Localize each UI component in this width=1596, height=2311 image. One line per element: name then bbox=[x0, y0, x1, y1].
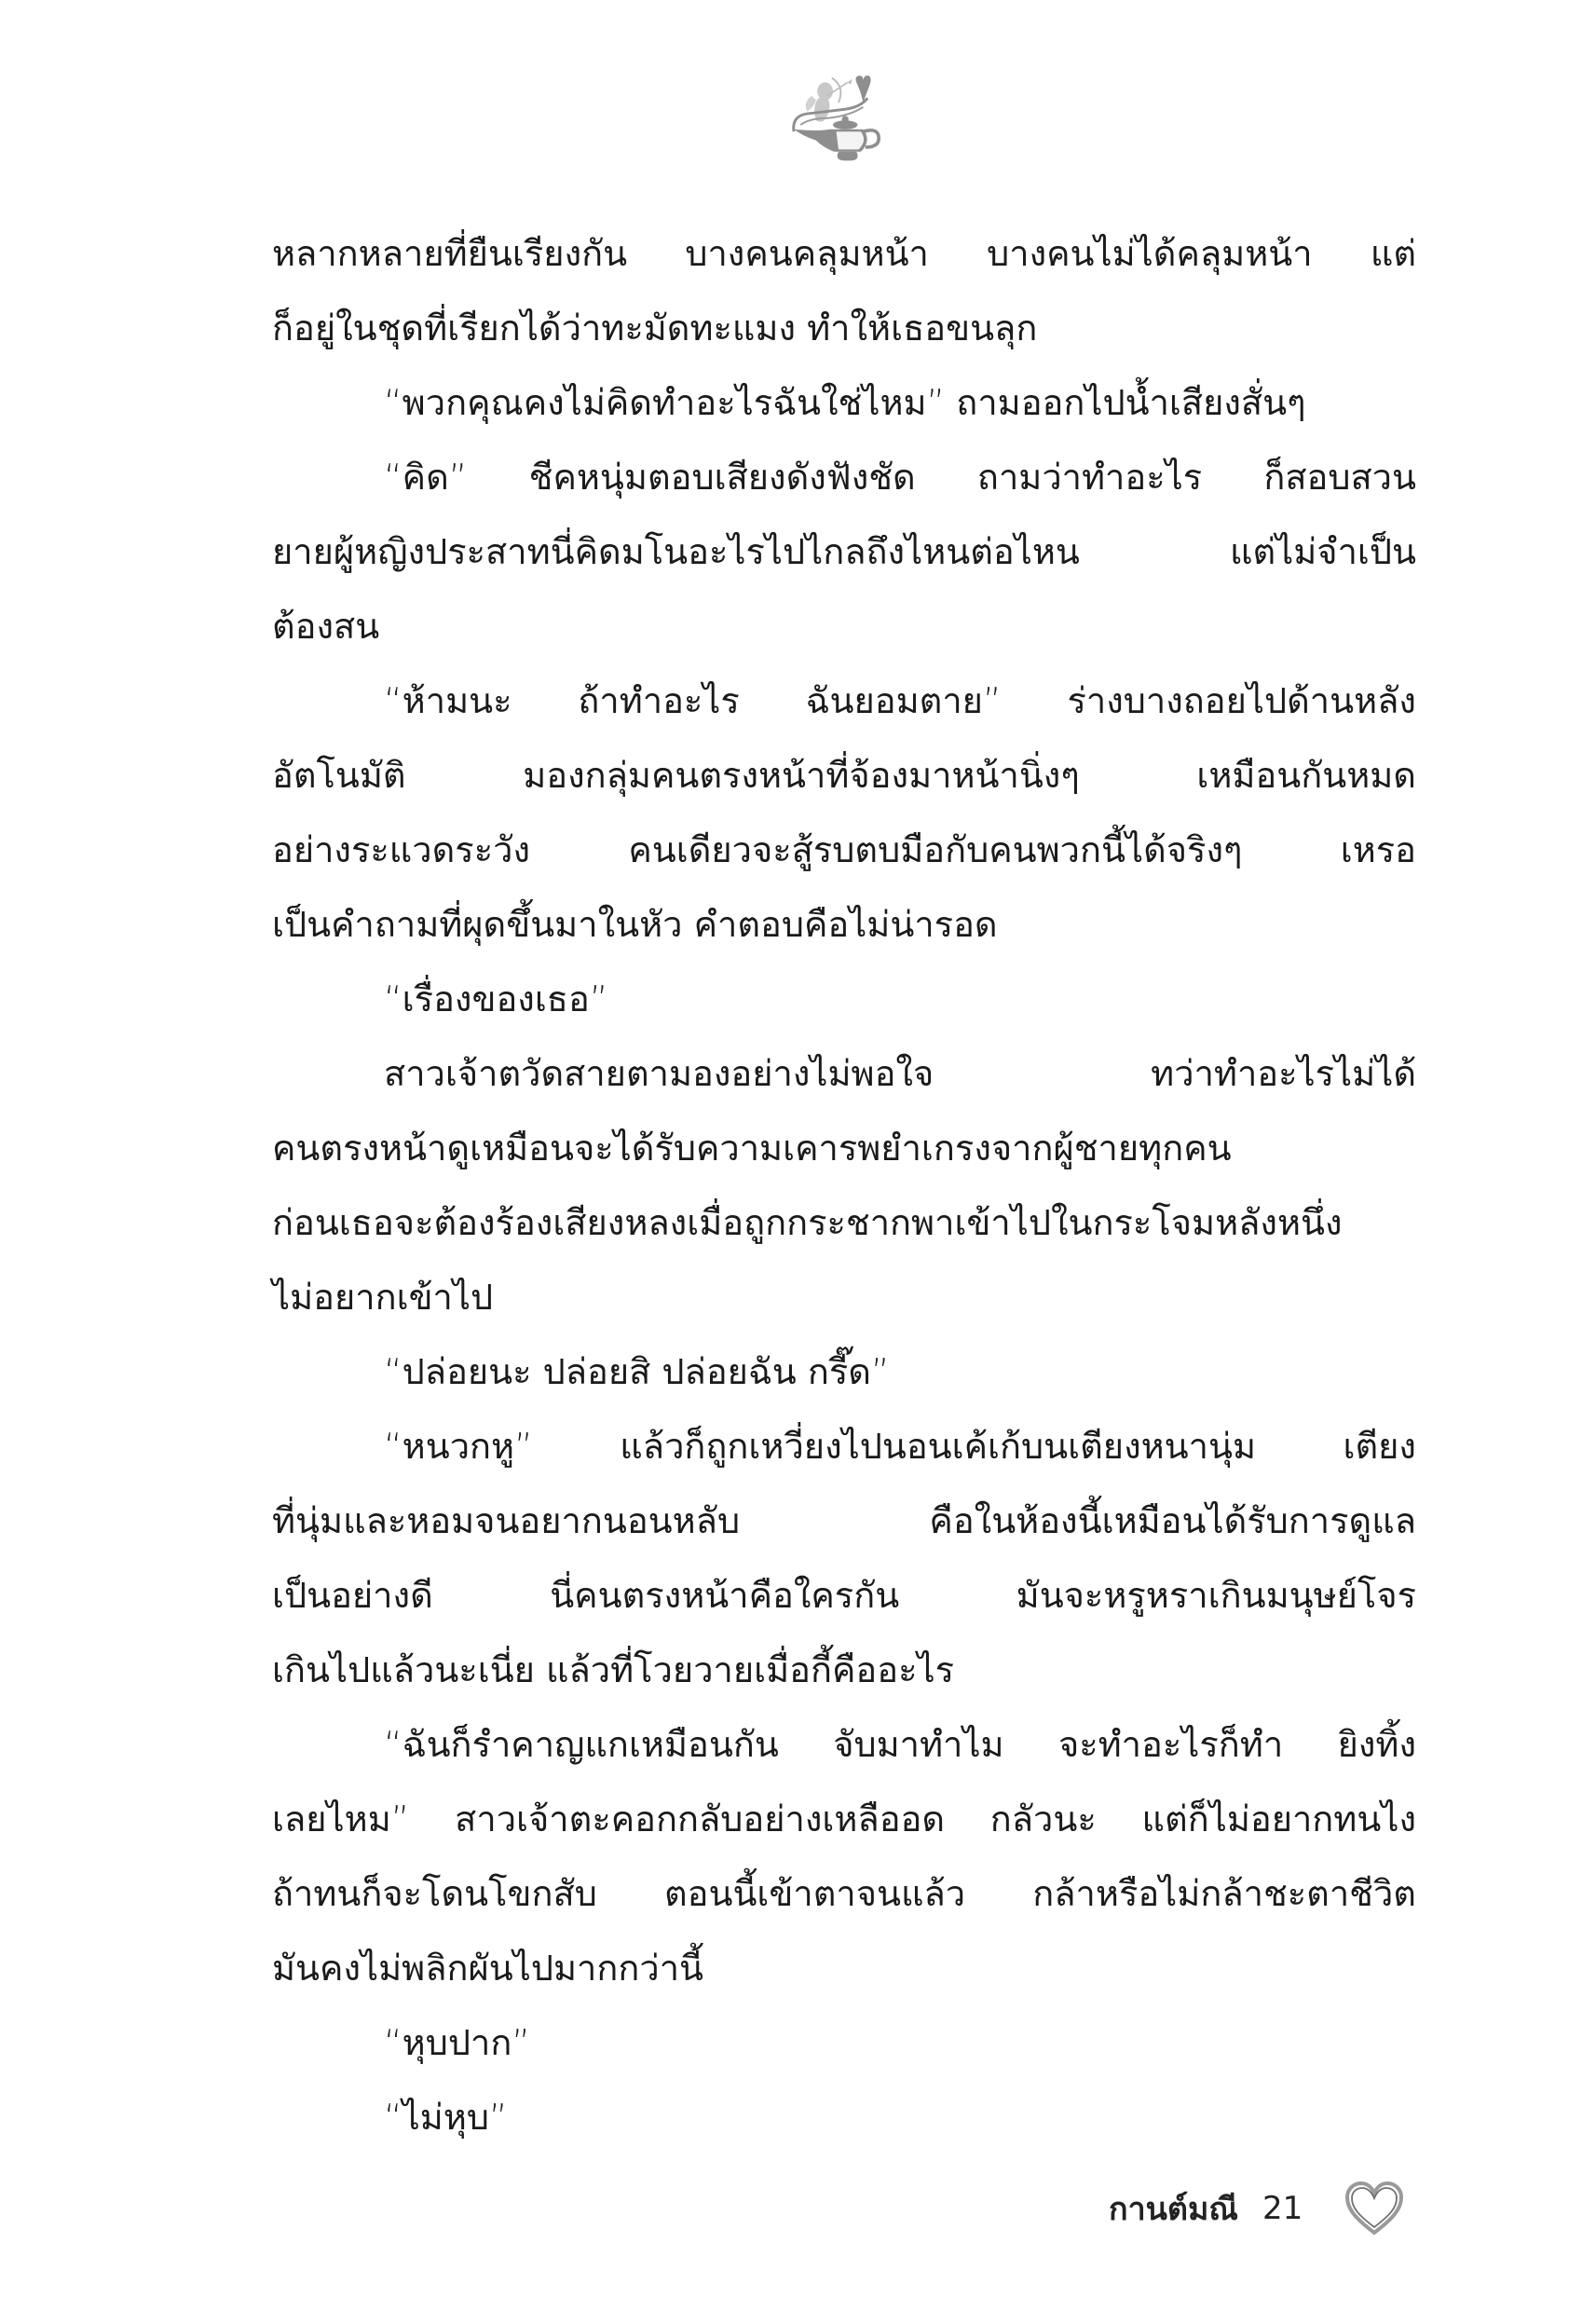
text-line: “พวกคุณคงไม่คิดทำอะไรฉันใช่ไหม” ถามออกไป… bbox=[272, 365, 1416, 440]
page-body: หลากหลายที่ยืนเรียงกัน บางคนคลุมหน้า บาง… bbox=[272, 216, 1416, 2154]
text-line: หลากหลายที่ยืนเรียงกัน บางคนคลุมหน้า บาง… bbox=[272, 216, 1416, 291]
text-line: สาวเจ้าตวัดสายตามองอย่างไม่พอใจ ทว่าทำอะ… bbox=[272, 1036, 1416, 1111]
text-line: “ปล่อยนะ ปล่อยสิ ปล่อยฉัน กรี๊ด” bbox=[272, 1334, 1416, 1409]
book-title: กานต์มณี bbox=[1109, 2183, 1238, 2234]
genie-lamp-cupid-icon bbox=[783, 58, 894, 170]
text-line: ต้องสน bbox=[272, 589, 1416, 663]
page-number: 21 bbox=[1262, 2190, 1303, 2227]
text-line: ก่อนเธอจะต้องร้องเสียงหลงเมื่อถูกกระชากพ… bbox=[272, 1185, 1416, 1260]
text-line: ยายผู้หญิงประสาทนี่คิดมโนอะไรไปไกลถึงไหน… bbox=[272, 514, 1416, 589]
text-line: “ไม่หุบ” bbox=[272, 2080, 1416, 2154]
text-line: ก็อยู่ในชุดที่เรียกได้ว่าทะมัดทะแมง ทำให… bbox=[272, 291, 1416, 365]
text-line: ที่นุ่มและหอมจนอยากนอนหลับ คือในห้องนี้เ… bbox=[272, 1484, 1416, 1558]
text-line: เป็นอย่างดี นี่คนตรงหน้าคือใครกัน มันจะห… bbox=[272, 1558, 1416, 1633]
text-line: ไม่อยากเข้าไป bbox=[272, 1260, 1416, 1334]
text-line: “ห้ามนะ ถ้าทำอะไร ฉันยอมตาย” ร่างบางถอยไ… bbox=[272, 663, 1416, 738]
page-footer: กานต์มณี 21 bbox=[1109, 2171, 1405, 2246]
text-line: คนตรงหน้าดูเหมือนจะได้รับความเคารพยำเกรง… bbox=[272, 1111, 1416, 1185]
text-line: “หนวกหู” แล้วก็ถูกเหวี่ยงไปนอนเค้เก้บนเต… bbox=[272, 1409, 1416, 1484]
text-line: “หุบปาก” bbox=[272, 2005, 1416, 2080]
text-line: อย่างระแวดระวัง คนเดียวจะสู้รบตบมือกับคน… bbox=[272, 813, 1416, 887]
text-line: อัตโนมัติ มองกลุ่มคนตรงหน้าที่จ้องมาหน้า… bbox=[272, 738, 1416, 813]
text-line: เกินไปแล้วนะเนี่ย แล้วที่โวยวายเมื่อกี้ค… bbox=[272, 1633, 1416, 1707]
text-line: มันคงไม่พลิกผันไปมากกว่านี้ bbox=[272, 1931, 1416, 2005]
text-line: เลยไหม” สาวเจ้าตะคอกกลับอย่างเหลืออด กลั… bbox=[272, 1782, 1416, 1856]
heart-outline-icon bbox=[1344, 2181, 1405, 2236]
text-line: “เรื่องของเธอ” bbox=[272, 962, 1416, 1036]
text-line: “ฉันก็รำคาญแกเหมือนกัน จับมาทำไม จะทำอะไ… bbox=[272, 1707, 1416, 1782]
text-line: เป็นคำถามที่ผุดขึ้นมาในหัว คำตอบคือไม่น่… bbox=[272, 887, 1416, 962]
text-line: “คิด” ชีคหนุ่มตอบเสียงดังฟังชัด ถามว่าทำ… bbox=[272, 440, 1416, 514]
text-line: ถ้าทนก็จะโดนโขกสับ ตอนนี้เข้าตาจนแล้ว กล… bbox=[272, 1856, 1416, 1931]
